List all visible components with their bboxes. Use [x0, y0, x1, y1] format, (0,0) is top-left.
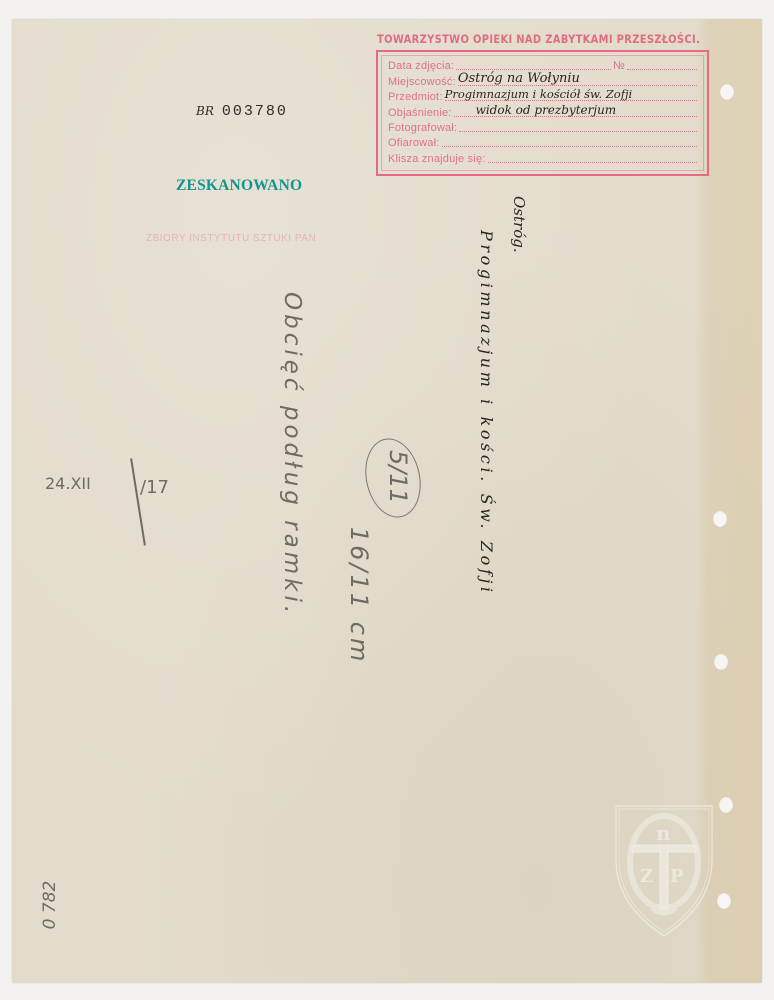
stamp-line: Progimnazjum i kościół św. Zofji: [445, 100, 697, 101]
stamp-line: [488, 162, 697, 163]
svg-text:Z: Z: [640, 866, 653, 887]
inventory-prefix: BR: [196, 104, 214, 118]
handwritten-explanation: widok od prezbyterjum: [476, 103, 617, 117]
handwritten-subject: Progimnazjum i kościół św. Zofji: [445, 87, 633, 101]
stamp-label: Objaśnienie:: [388, 107, 452, 119]
stamp-line: widok od prezbyterjum: [454, 116, 697, 117]
inventory-number: BR003780: [196, 103, 288, 120]
stamp-row-photographer: Fotografował:: [388, 119, 699, 134]
pencil-crop-note: Obcięć podług ramki.: [279, 292, 305, 617]
handwritten-place: Ostróg na Wołyniu: [458, 71, 580, 86]
stamp-header: TOWARZYSTWO OPIEKI NAD ZABYTKAMI PRZESZŁ…: [377, 32, 669, 46]
stamp-line: Ostróg na Wołyniu: [458, 85, 697, 86]
punch-hole: [717, 893, 731, 909]
svg-text:P: P: [670, 866, 684, 887]
svg-text:n: n: [656, 821, 671, 845]
pencil-date-note: 24.XII: [45, 474, 91, 493]
stamp-label: Klisza znajduje się:: [388, 153, 486, 165]
stamp-row-negative: Klisza znajduje się:: [388, 149, 699, 164]
stamp-label: Ofiarował:: [388, 137, 440, 149]
embossed-shield-watermark-icon: n Z P: [612, 800, 716, 940]
stamp-label: Miejscowość:: [388, 76, 456, 88]
pencil-circled-number: 5/11: [384, 450, 412, 504]
punch-hole: [720, 84, 734, 100]
scanned-stamp: ZESKANOWANO: [176, 177, 302, 195]
handwritten-place-vertical: Ostróg.: [510, 196, 528, 253]
punch-hole: [713, 511, 727, 527]
stamp-line: [459, 131, 697, 132]
punch-hole: [714, 654, 728, 670]
stamp-label: Data zdjęcia:: [388, 60, 454, 72]
punch-hole: [719, 797, 733, 813]
pencil-bottom-note: 0 782: [40, 865, 60, 945]
stamp-line: [627, 69, 697, 70]
handwritten-subject-vertical: Progimnazjum i kości. Św. Zofji: [477, 230, 496, 596]
pencil-fraction-note: /17: [140, 477, 169, 498]
stamp-line: [442, 146, 697, 147]
stamp-row-explanation: Objaśnienie: widok od prezbyterjum: [388, 103, 699, 118]
stamp-number-label: №: [613, 60, 625, 72]
stamp-row-donor: Ofiarował:: [388, 134, 699, 149]
stamp-row-subject: Przedmiot: Progimnazjum i kościół św. Zo…: [388, 88, 699, 103]
collection-stamp: ZBIORY INSTYTUTU SZTUKI PAN: [146, 233, 316, 244]
stamp-row-place: Miejscowość: Ostróg na Wołyniu: [388, 72, 699, 87]
pencil-size-note: 16/11 cm: [345, 527, 373, 664]
stamp-label: Przedmiot:: [388, 91, 443, 103]
catalogue-stamp: Data zdjęcia: № Miejscowość: Ostróg na W…: [376, 50, 709, 176]
inventory-number-value: 003780: [222, 103, 288, 120]
stamp-label: Fotografował:: [388, 122, 457, 134]
